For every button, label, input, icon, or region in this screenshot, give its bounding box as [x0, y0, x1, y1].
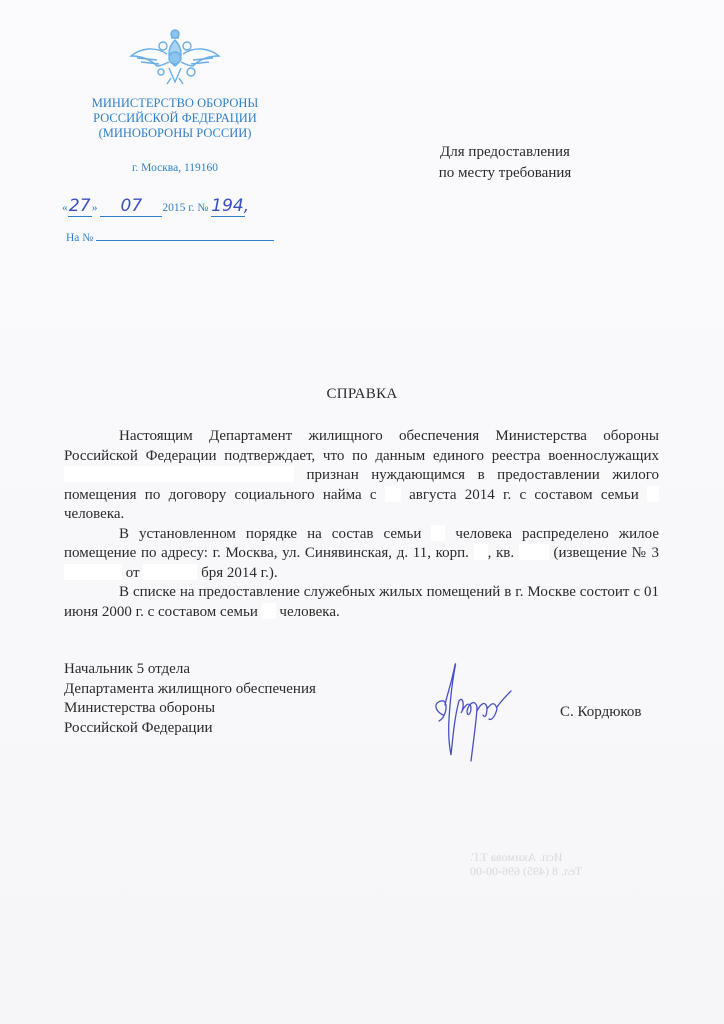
reference-label: На №: [66, 232, 93, 244]
addressee-line2: по месту требования: [420, 163, 590, 184]
signer-name: С. Кордюков: [560, 704, 642, 721]
p2-text-f: бря 2014 г.).: [201, 565, 278, 581]
org-name-line1: МИНИСТЕРСТВО ОБОРОНЫ: [60, 96, 290, 111]
reference-blank: [96, 230, 274, 241]
p3-text-a: В списке на предоставление служебных жил…: [64, 584, 659, 620]
date-month: 07: [100, 196, 162, 217]
redacted-family-size: [431, 525, 445, 541]
bleed-line2: Тел. 8 (495) 696-00-00: [470, 864, 610, 878]
letterhead: МИНИСТЕРСТВО ОБОРОНЫ РОССИЙСКОЙ ФЕДЕРАЦИ…: [60, 96, 290, 176]
p1-text-d: человека.: [64, 506, 124, 522]
city-postcode: г. Москва, 119160: [60, 161, 290, 176]
handwritten-signature-icon: [425, 655, 515, 765]
reference-line: На №: [66, 230, 274, 244]
document-page: МИНИСТЕРСТВО ОБОРОНЫ РОССИЙСКОЙ ФЕДЕРАЦИ…: [0, 0, 724, 1024]
redacted-notice-number: [64, 564, 122, 580]
p3-text-b: человека.: [279, 604, 339, 620]
double-headed-eagle-icon: [127, 26, 223, 90]
document-body: Настоящим Департамент жилищного обеспече…: [64, 427, 659, 622]
p2-text-c: , кв.: [488, 545, 515, 561]
redacted-day: [385, 486, 401, 502]
p2-text-a: В установленном порядке на состав семьи: [119, 526, 421, 542]
p2-text-e: от: [126, 565, 140, 581]
org-name-line2: РОССИЙСКОЙ ФЕДЕРАЦИИ: [60, 111, 290, 126]
close-quote: »: [92, 202, 98, 214]
p1-text-a: Настоящим Департамент жилищного обеспече…: [64, 428, 659, 464]
year-and-number-label: 2015 г. №: [162, 202, 208, 214]
addressee: Для предоставления по месту требования: [420, 142, 590, 184]
org-name-line3: (МИНОБОРОНЫ РОССИИ): [60, 126, 290, 141]
signatory-title: Начальник 5 отдела Департамента жилищног…: [64, 660, 316, 738]
paragraph-1: Настоящим Департамент жилищного обеспече…: [64, 427, 659, 525]
p2-text-d: (извещение № 3: [553, 545, 659, 561]
redacted-family-size: [647, 486, 659, 502]
document-title: СПРАВКА: [0, 386, 724, 403]
p1-text-c: августа 2014 г. с составом семьи: [409, 487, 639, 503]
outgoing-number: 194,: [211, 196, 245, 217]
redacted-apartment: [519, 544, 549, 560]
signatory-line2: Департамента жилищного обеспечения: [64, 680, 316, 700]
redacted-name: [64, 466, 294, 482]
bleed-line1: Исп. Акимова Т.Г.: [470, 850, 610, 864]
bleed-through-text: Исп. Акимова Т.Г. Тел. 8 (495) 696-00-00: [470, 850, 610, 878]
paragraph-3: В списке на предоставление служебных жил…: [64, 583, 659, 622]
date-number-line: «27» 072015 г. № 194,: [62, 196, 245, 217]
date-day: 27: [68, 196, 92, 217]
redacted-building: [474, 544, 488, 560]
signatory-line1: Начальник 5 отдела: [64, 660, 316, 680]
paragraph-2: В установленном порядке на состав семьи …: [64, 525, 659, 584]
redacted-notice-date: [143, 564, 197, 580]
signatory-line3: Министерства обороны: [64, 699, 316, 719]
redacted-family-size: [262, 603, 276, 619]
addressee-line1: Для предоставления: [420, 142, 590, 163]
signatory-line4: Российской Федерации: [64, 719, 316, 739]
